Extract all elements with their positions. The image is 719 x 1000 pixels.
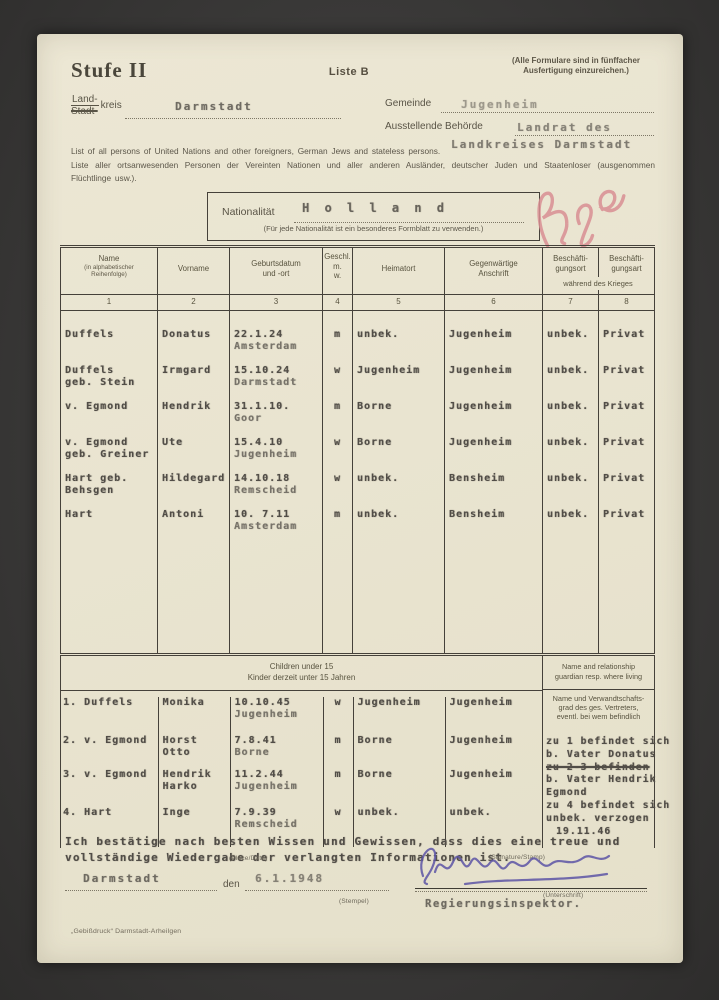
table-row: 1. Duffels Monika 10.10.45Jugenheim w Ju… [61, 697, 543, 735]
guardian-en-line1: Name and relationship [543, 662, 654, 672]
cell-anschrift: Jugenheim [445, 365, 542, 377]
col-number-3: 3 [230, 295, 323, 311]
printer-imprint: „Gebißdruck“ Darmstadt-Arheilgen [71, 928, 181, 935]
col-header-heimatort: Heimatort [353, 247, 445, 295]
cell-arbeitsart: Privat [599, 365, 654, 377]
cell-name-2: geb. Greiner [61, 449, 157, 461]
cell-vorname-2: Otto [159, 747, 230, 759]
date-value: 6.1.1948 [255, 872, 324, 885]
col-number-8: 8 [599, 295, 655, 311]
copies-note-line2: Ausfertigung einzureichen.) [495, 66, 657, 76]
form-grade-title: Stufe II [71, 58, 147, 83]
cell-vorname: Inge [159, 807, 230, 819]
cell-sex: m [324, 769, 353, 781]
behoerde-label: Ausstellende Behörde [385, 121, 483, 132]
cell-name: Duffels [61, 365, 157, 377]
cell-birthdate: 15.4.10 [230, 437, 322, 449]
guardian-note-line-struck: zu 2-3 befinden [546, 762, 683, 775]
nationality-rule [294, 222, 524, 223]
col-number-7: 7 [543, 295, 599, 311]
table-row: Hart Antoni 10. 7.11Amsterdam m unbek. B… [61, 509, 655, 545]
cell-birthplace: Jugenheim [231, 781, 323, 793]
col-header-sex-line2: m. [323, 262, 352, 272]
col-header-name-line2: (in alphabetischer [61, 264, 157, 272]
cell-arbeitsort: unbek. [543, 329, 598, 341]
cell-heimatort: unbek. [353, 509, 444, 521]
land-label: Land- [71, 94, 99, 106]
cell-birthplace: Amsterdam [230, 341, 322, 353]
cell-anschrift: Bensheim [445, 473, 542, 485]
signature-mark [409, 834, 625, 892]
children-band-de: Kinder derzeit unter 15 Jahren [61, 672, 542, 683]
col-header-vorname-label: Vorname [158, 264, 229, 274]
cell-sex: m [323, 509, 352, 521]
children-band: Children under 15 Kinder derzeit unter 1… [61, 655, 543, 691]
cell-heimatort: Jugenheim [354, 697, 445, 709]
intro-english: List of all persons of United Nations an… [71, 145, 655, 158]
col-header-bort-line1: Beschäfti- [543, 254, 598, 264]
kreis-label: kreis [101, 100, 122, 111]
cell-heimatort: unbek. [353, 329, 444, 341]
cell-birthdate: 11.2.44 [231, 769, 323, 781]
col-header-name-line3: Reihenfolge) [61, 271, 157, 279]
cell-birthplace: Remscheid [230, 485, 322, 497]
cell-heimatort: unbek. [353, 473, 444, 485]
copies-note: (Alle Formulare sind in fünffacher Ausfe… [495, 56, 657, 75]
cell-anschrift: Bensheim [445, 509, 542, 521]
cell-arbeitsort: unbek. [543, 437, 598, 449]
cell-vorname: Monika [159, 697, 230, 709]
col-header-anschrift-line1: Gegenwärtige [445, 259, 542, 269]
col-header-birth-line1: Geburtsdatum [230, 259, 322, 269]
cell-birthdate: 31.1.10. [230, 401, 322, 413]
cell-name: v. Egmond [61, 437, 157, 449]
cell-name: 2. v. Egmond [61, 735, 158, 747]
cell-arbeitsart: Privat [599, 437, 654, 449]
col-header-name: Name (in alphabetischer Reihenfolge) [61, 247, 158, 295]
place-date-label: (Place/Date) [229, 855, 268, 862]
col-header-bart-line2: gungsart [599, 264, 654, 274]
col-header-birth-line2: und -ort [230, 269, 322, 279]
cell-name: Hart geb. [61, 473, 157, 485]
place-value: Darmstadt [83, 872, 161, 885]
cell-name-2: geb. Stein [61, 377, 157, 389]
guardian-de-line1: Name und Verwandtschafts- [543, 694, 654, 703]
table-row: v. Egmondgeb. Greiner Ute 15.4.10Jugenhe… [61, 437, 655, 473]
cell-arbeitsart: Privat [599, 329, 654, 341]
persons-table: Name (in alphabetischer Reihenfolge) Vor… [60, 245, 655, 848]
den-label: den [223, 879, 240, 890]
col-header-vorname: Vorname [158, 247, 230, 295]
cell-anschrift: Jugenheim [445, 329, 542, 341]
form-list-title: Liste B [309, 66, 389, 78]
guardian-rule [543, 689, 654, 690]
guardian-note-line: b. Vater Donatus [546, 749, 683, 762]
children-band-en: Children under 15 [61, 656, 542, 672]
date-rule [245, 890, 389, 891]
cell-birthdate: 14.10.18 [230, 473, 322, 485]
district-rule [125, 118, 341, 119]
cell-birthplace: Goor [230, 413, 322, 425]
cell-birthdate: 10. 7.11 [230, 509, 322, 521]
cell-birthdate: 22.1.24 [230, 329, 322, 341]
guardian-note-line: b. Vater Hendrik [546, 774, 683, 787]
gemeinde-rule [441, 112, 654, 113]
stempel-label: (Stempel) [339, 898, 369, 905]
cell-birthplace: Jugenheim [231, 709, 323, 721]
guardian-header-en: Name and relationship guardian resp. whe… [543, 662, 654, 682]
cell-vorname: Hildegard [158, 473, 229, 485]
guardian-column: Name and relationship guardian resp. whe… [543, 655, 655, 849]
stadt-label: Stadt- [71, 106, 99, 117]
column-numbers-row: 1 2 3 4 5 6 7 8 [61, 295, 655, 311]
col-number-5: 5 [353, 295, 445, 311]
nationality-value: H o l l a n d [302, 201, 448, 215]
cell-sex: m [323, 329, 352, 341]
nationality-note: (Für jede Nationalität ist ein besondere… [216, 224, 531, 233]
table-row: 2. v. Egmond HorstOtto 7.8.41Borne m Bor… [61, 735, 543, 769]
wartime-span-label: während des Krieges [543, 277, 653, 290]
col-header-bort-line2: gungsort [543, 264, 598, 274]
cell-arbeitsart: Privat [599, 401, 654, 413]
cell-birthplace: Amsterdam [230, 521, 322, 533]
cell-arbeitsort: unbek. [543, 509, 598, 521]
table-row: Duffels Donatus 22.1.24Amsterdam m unbek… [61, 329, 655, 365]
cell-anschrift: Jugenheim [445, 401, 542, 413]
gemeinde-value: Jugenheim [461, 98, 539, 111]
cell-sex: m [324, 735, 353, 747]
cell-arbeitsort: unbek. [543, 365, 598, 377]
district-value: Darmstadt [175, 100, 253, 113]
guardian-note-line: zu 4 befindet sich [546, 800, 683, 813]
children-band-row: Children under 15 Kinder derzeit unter 1… [61, 655, 655, 691]
cell-birthplace: Borne [231, 747, 323, 759]
cell-anschrift: Jugenheim [446, 697, 544, 709]
guardian-note-line: Egmond [546, 787, 683, 800]
nationality-label: Nationalität [222, 206, 275, 218]
cell-heimatort: unbek. [354, 807, 445, 819]
cell-heimatort: Borne [353, 401, 444, 413]
cell-vorname: Hendrik [159, 769, 230, 781]
cell-birthdate: 15.10.24 [230, 365, 322, 377]
col-header-birth: Geburtsdatum und -ort [230, 247, 323, 295]
copies-note-line1: (Alle Formulare sind in fünffacher [495, 56, 657, 66]
behoerde-value-line1: Landrat des [517, 121, 612, 134]
cell-arbeitsort: unbek. [543, 401, 598, 413]
col-header-heimatort-label: Heimatort [353, 264, 444, 274]
cell-vorname: Hendrik [158, 401, 229, 413]
cell-vorname: Donatus [158, 329, 229, 341]
cell-birthdate: 7.8.41 [231, 735, 323, 747]
col-header-name-line1: Name [61, 254, 157, 264]
table-row: Hart geb.Behsgen Hildegard 14.10.18Remsc… [61, 473, 655, 509]
cell-birthplace: Remscheid [231, 819, 323, 831]
guardian-notes: zu 1 befindet sich b. Vater Donatus zu 2… [546, 736, 683, 838]
cell-name: 3. v. Egmond [61, 769, 158, 781]
table-row: 3. v. Egmond HendrikHarko 11.2.44Jugenhe… [61, 769, 543, 807]
cell-vorname: Irmgard [158, 365, 229, 377]
table-row: v. Egmond Hendrik 31.1.10.Goor m Borne J… [61, 401, 655, 437]
cell-sex: w [323, 437, 352, 449]
col-header-anschrift-line2: Anschrift [445, 269, 542, 279]
cell-arbeitsart: Privat [599, 473, 654, 485]
cell-birthdate: 7.9.39 [231, 807, 323, 819]
cell-name: 4. Hart [61, 807, 158, 819]
cell-anschrift: Jugenheim [446, 769, 544, 781]
col-number-6: 6 [445, 295, 543, 311]
cell-arbeitsart: Privat [599, 509, 654, 521]
guardian-note-line: zu 1 befindet sich [546, 736, 683, 749]
cell-vorname: Antoni [158, 509, 229, 521]
guardian-de-line2: grad des ges. Vertreters, [543, 703, 654, 712]
col-number-1: 1 [61, 295, 158, 311]
cell-heimatort: Borne [354, 735, 445, 747]
cell-sex: m [323, 401, 352, 413]
behoerde-rule [515, 135, 654, 136]
guardian-note-line: unbek. verzogen [546, 813, 683, 826]
cell-heimatort: Borne [354, 769, 445, 781]
gemeinde-label: Gemeinde [385, 98, 431, 109]
district-field-label: Land- Stadt- kreis [71, 94, 122, 117]
cell-birthdate: 10.10.45 [231, 697, 323, 709]
cell-anschrift: Jugenheim [445, 437, 542, 449]
col-number-2: 2 [158, 295, 230, 311]
col-header-sex-line1: Geschl. [323, 252, 352, 262]
cell-name: Duffels [61, 329, 157, 341]
scanned-form-page: Stufe II Liste B (Alle Formulare sind in… [37, 34, 683, 963]
place-rule [65, 890, 217, 891]
cell-sex: w [324, 697, 353, 709]
nationality-box: Nationalität H o l l a n d (Für jede Nat… [207, 192, 540, 241]
children-table: 1. Duffels Monika 10.10.45Jugenheim w Ju… [61, 697, 543, 847]
cell-vorname: Horst [159, 735, 230, 747]
cell-heimatort: Jugenheim [353, 365, 444, 377]
guardian-de-line3: eventl. bei wem befindlich [543, 712, 654, 721]
cell-anschrift: unbek. [446, 807, 544, 819]
cell-vorname: Ute [158, 437, 229, 449]
col-header-sex-line3: w. [323, 271, 352, 281]
cell-heimatort: Borne [353, 437, 444, 449]
table-row: Duffelsgeb. Stein Irmgard 15.10.24Darmst… [61, 365, 655, 401]
cell-arbeitsort: unbek. [543, 473, 598, 485]
cell-sex: w [323, 473, 352, 485]
cell-name-2: Behsgen [61, 485, 157, 497]
col-header-bart-line1: Beschäfti- [599, 254, 654, 264]
cell-sex: w [323, 365, 352, 377]
signature-rule-dotted [415, 891, 647, 892]
cell-vorname-2: Harko [159, 781, 230, 793]
cell-name: v. Egmond [61, 401, 157, 413]
cell-name: 1. Duffels [61, 697, 158, 709]
cell-birthplace: Darmstadt [230, 377, 322, 389]
cell-anschrift: Jugenheim [446, 735, 544, 747]
signature-rule [415, 888, 647, 889]
guardian-header-de: Name und Verwandtschafts- grad des ges. … [543, 694, 654, 721]
children-table-wrap: 1. Duffels Monika 10.10.45Jugenheim w Ju… [61, 691, 543, 849]
col-header-sex: Geschl. m. w. [323, 247, 353, 295]
col-number-4: 4 [323, 295, 353, 311]
cell-name: Hart [61, 509, 157, 521]
col-header-anschrift: Gegenwärtige Anschrift [445, 247, 543, 295]
signer-title: Regierungsinspektor. [425, 898, 581, 910]
cell-sex: w [324, 807, 353, 819]
persons-table-wrap: Name (in alphabetischer Reihenfolge) Vor… [60, 245, 654, 848]
guardian-en-line2: guardian resp. where living [543, 672, 654, 682]
cell-birthplace: Jugenheim [230, 449, 322, 461]
